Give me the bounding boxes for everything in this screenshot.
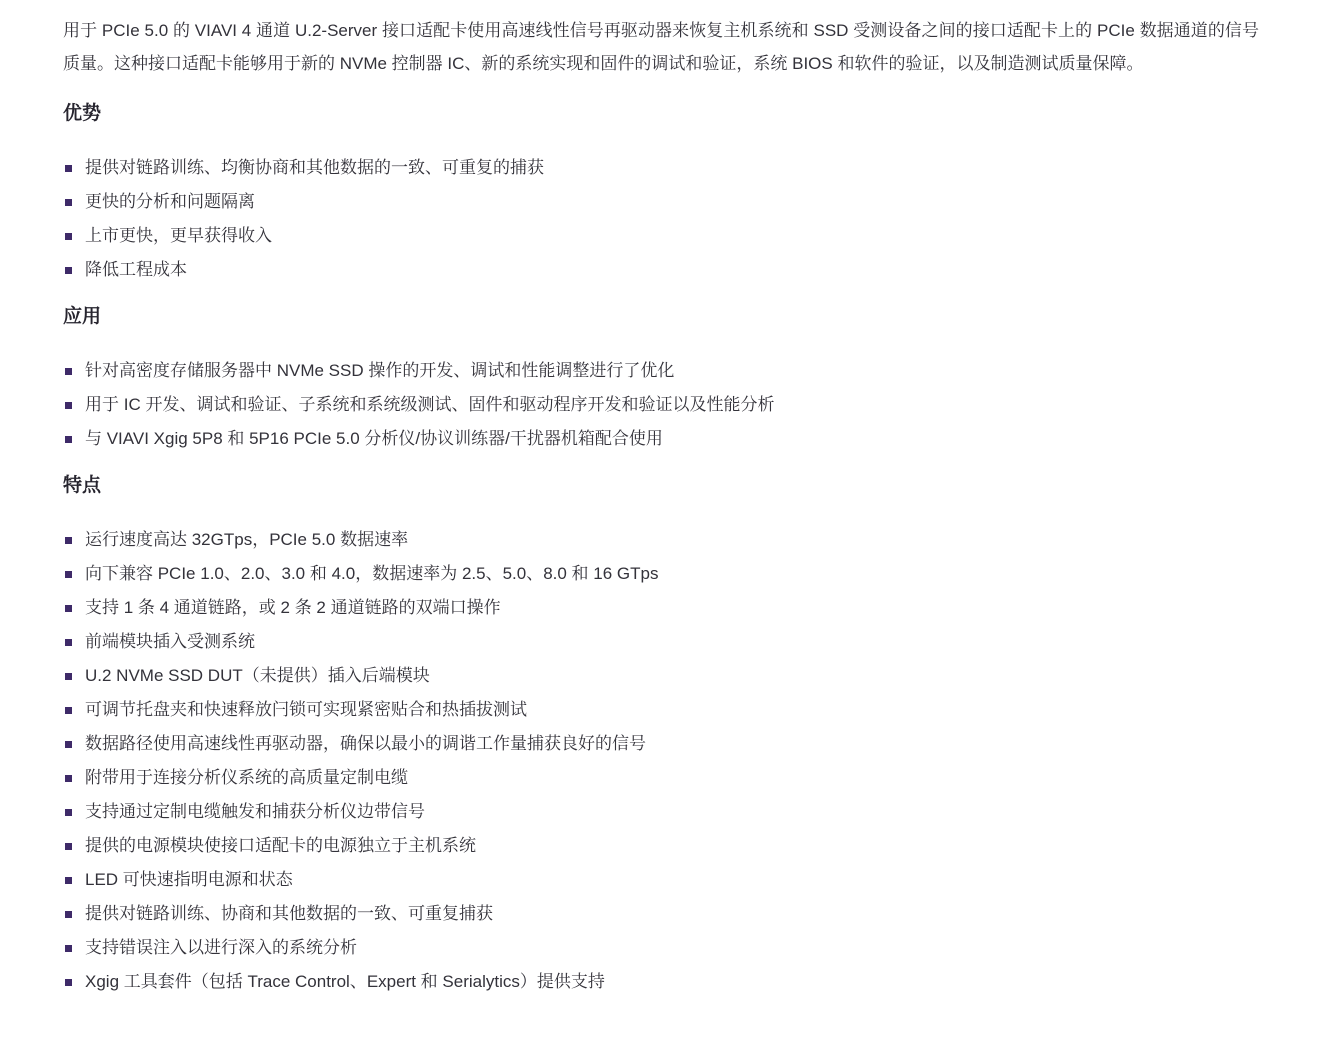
bullet-square-icon [65, 267, 72, 274]
bullet-square-icon [65, 571, 72, 578]
intro-paragraph: 用于 PCIe 5.0 的 VIAVI 4 通道 U.2-Server 接口适配… [63, 14, 1259, 80]
list-item: LED 可快速指明电源和状态 [63, 867, 1259, 893]
list-item-text: 数据路径使用高速线性再驱动器，确保以最小的调谐工作量捕获良好的信号 [85, 731, 1259, 757]
bullet-square-icon [65, 368, 72, 375]
bullet-square-icon [65, 199, 72, 206]
list-item: 针对高密度存储服务器中 NVMe SSD 操作的开发、调试和性能调整进行了优化 [63, 358, 1259, 384]
list-item: 更快的分析和问题隔离 [63, 189, 1259, 215]
list-item-text: 提供对链路训练、均衡协商和其他数据的一致、可重复的捕获 [85, 155, 1259, 181]
bullet-square-icon [65, 233, 72, 240]
features-list: 运行速度高达 32GTps，PCIe 5.0 数据速率 向下兼容 PCIe 1.… [63, 527, 1259, 995]
list-item-text: 降低工程成本 [85, 257, 1259, 283]
bullet-square-icon [65, 877, 72, 884]
bullet-square-icon [65, 673, 72, 680]
list-item: 用于 IC 开发、调试和验证、子系统和系统级测试、固件和驱动程序开发和验证以及性… [63, 392, 1259, 418]
bullet-square-icon [65, 843, 72, 850]
bullet-square-icon [65, 639, 72, 646]
product-description-content: 用于 PCIe 5.0 的 VIAVI 4 通道 U.2-Server 接口适配… [0, 0, 1321, 1043]
section-heading-advantages: 优势 [63, 100, 1259, 127]
bullet-square-icon [65, 402, 72, 409]
section-heading-applications: 应用 [63, 303, 1259, 330]
list-item-text: 支持错误注入以进行深入的系统分析 [85, 935, 1259, 961]
bullet-square-icon [65, 911, 72, 918]
list-item: 可调节托盘夹和快速释放闩锁可实现紧密贴合和热插拔测试 [63, 697, 1259, 723]
bullet-square-icon [65, 775, 72, 782]
list-item: 提供的电源模块使接口适配卡的电源独立于主机系统 [63, 833, 1259, 859]
list-item: 附带用于连接分析仪系统的高质量定制电缆 [63, 765, 1259, 791]
list-item: 运行速度高达 32GTps，PCIe 5.0 数据速率 [63, 527, 1259, 553]
bullet-square-icon [65, 945, 72, 952]
list-item: 支持错误注入以进行深入的系统分析 [63, 935, 1259, 961]
list-item-text: 用于 IC 开发、调试和验证、子系统和系统级测试、固件和驱动程序开发和验证以及性… [85, 392, 1259, 418]
list-item-text: U.2 NVMe SSD DUT（未提供）插入后端模块 [85, 663, 1259, 689]
list-item: 前端模块插入受测系统 [63, 629, 1259, 655]
advantages-list: 提供对链路训练、均衡协商和其他数据的一致、可重复的捕获 更快的分析和问题隔离 上… [63, 155, 1259, 283]
list-item-text: 可调节托盘夹和快速释放闩锁可实现紧密贴合和热插拔测试 [85, 697, 1259, 723]
list-item-text: 运行速度高达 32GTps，PCIe 5.0 数据速率 [85, 527, 1259, 553]
list-item-text: 上市更快，更早获得收入 [85, 223, 1259, 249]
list-item: 与 VIAVI Xgig 5P8 和 5P16 PCIe 5.0 分析仪/协议训… [63, 426, 1259, 452]
section-heading-features: 特点 [63, 472, 1259, 499]
list-item-text: Xgig 工具套件（包括 Trace Control、Expert 和 Seri… [85, 969, 1259, 995]
list-item-text: 附带用于连接分析仪系统的高质量定制电缆 [85, 765, 1259, 791]
list-item: 降低工程成本 [63, 257, 1259, 283]
list-item-text: 针对高密度存储服务器中 NVMe SSD 操作的开发、调试和性能调整进行了优化 [85, 358, 1259, 384]
bullet-square-icon [65, 979, 72, 986]
bullet-square-icon [65, 809, 72, 816]
list-item: 向下兼容 PCIe 1.0、2.0、3.0 和 4.0，数据速率为 2.5、5.… [63, 561, 1259, 587]
list-item-text: 前端模块插入受测系统 [85, 629, 1259, 655]
bullet-square-icon [65, 741, 72, 748]
applications-list: 针对高密度存储服务器中 NVMe SSD 操作的开发、调试和性能调整进行了优化 … [63, 358, 1259, 452]
bullet-square-icon [65, 707, 72, 714]
bullet-square-icon [65, 165, 72, 172]
list-item: 支持通过定制电缆触发和捕获分析仪边带信号 [63, 799, 1259, 825]
list-item-text: 与 VIAVI Xgig 5P8 和 5P16 PCIe 5.0 分析仪/协议训… [85, 426, 1259, 452]
list-item: 支持 1 条 4 通道链路，或 2 条 2 通道链路的双端口操作 [63, 595, 1259, 621]
list-item-text: 提供的电源模块使接口适配卡的电源独立于主机系统 [85, 833, 1259, 859]
list-item-text: 向下兼容 PCIe 1.0、2.0、3.0 和 4.0，数据速率为 2.5、5.… [85, 561, 1259, 587]
list-item: 提供对链路训练、协商和其他数据的一致、可重复捕获 [63, 901, 1259, 927]
list-item-text: 更快的分析和问题隔离 [85, 189, 1259, 215]
list-item: 提供对链路训练、均衡协商和其他数据的一致、可重复的捕获 [63, 155, 1259, 181]
list-item: U.2 NVMe SSD DUT（未提供）插入后端模块 [63, 663, 1259, 689]
bullet-square-icon [65, 436, 72, 443]
list-item-text: 提供对链路训练、协商和其他数据的一致、可重复捕获 [85, 901, 1259, 927]
list-item: Xgig 工具套件（包括 Trace Control、Expert 和 Seri… [63, 969, 1259, 995]
list-item-text: 支持通过定制电缆触发和捕获分析仪边带信号 [85, 799, 1259, 825]
list-item-text: 支持 1 条 4 通道链路，或 2 条 2 通道链路的双端口操作 [85, 595, 1259, 621]
list-item: 数据路径使用高速线性再驱动器，确保以最小的调谐工作量捕获良好的信号 [63, 731, 1259, 757]
list-item-text: LED 可快速指明电源和状态 [85, 867, 1259, 893]
list-item: 上市更快，更早获得收入 [63, 223, 1259, 249]
bullet-square-icon [65, 605, 72, 612]
bullet-square-icon [65, 537, 72, 544]
